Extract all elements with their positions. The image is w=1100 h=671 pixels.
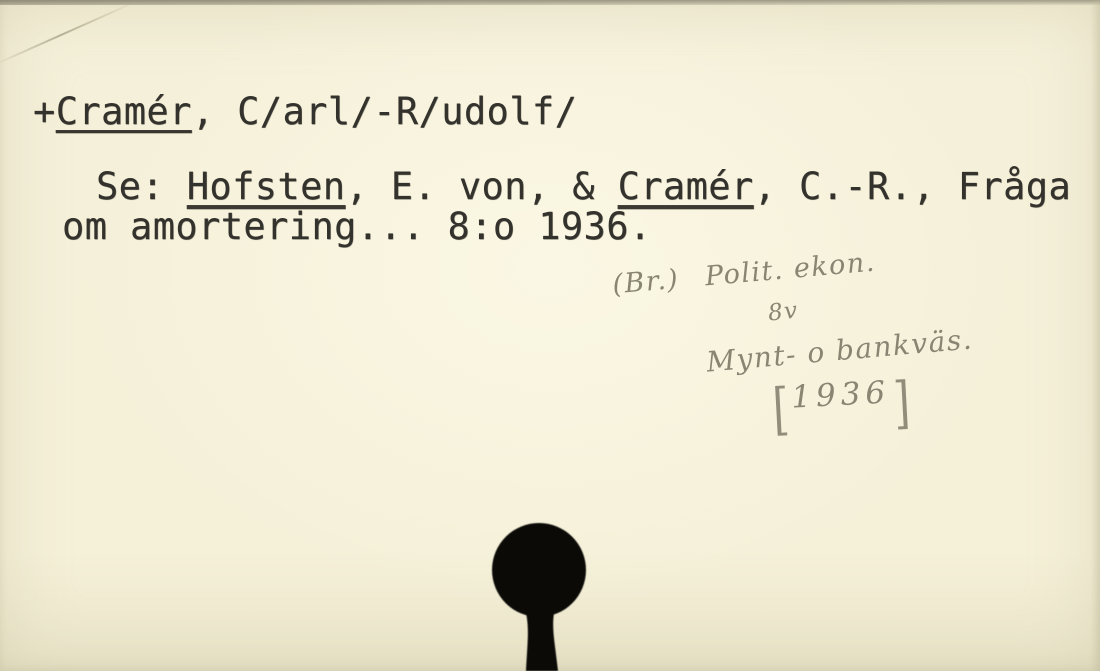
reference-mid: , E. von, & [345, 165, 617, 208]
reference-name-2: Cramér [618, 165, 754, 208]
heading-rest: , C/arl/-R/udolf/ [192, 90, 578, 133]
punch-hole [478, 513, 608, 671]
heading-line: +Cramér, C/arl/-R/udolf/ [33, 90, 577, 134]
card-top-edge [0, 0, 1100, 5]
catalog-card: +Cramér, C/arl/-R/udolf/ Se: Hofsten, E.… [0, 0, 1100, 671]
format-abbreviation: (Br.) [611, 264, 680, 301]
bracket-open: [ [771, 377, 791, 443]
heading-prefix: + [33, 90, 56, 133]
see-label: Se: [96, 165, 187, 208]
pencil-subject-heading-2: Mynt- o bankväs. [705, 322, 974, 378]
pencil-format-note: (Br.)Polit. ekon. [611, 247, 877, 301]
card-right-edge [1090, 0, 1100, 671]
reference-rest: , C.-R., Fråga [754, 165, 1071, 208]
reference-name-1: Hofsten [187, 165, 346, 208]
pencil-size-mark: 8v [767, 297, 800, 326]
corner-crease [0, 4, 130, 67]
heading-name: Cramér [56, 90, 192, 133]
subject-heading-1: Polit. ekon. [704, 247, 877, 293]
title-continuation-line: om amortering... 8:o 1936. [62, 205, 652, 249]
pencil-year-note: [1936] [768, 370, 914, 442]
year-value: 1936 [790, 374, 891, 415]
spacer [680, 285, 706, 287]
see-reference-line: Se: Hofsten, E. von, & Cramér, C.-R., Fr… [96, 165, 1071, 209]
bracket-close: ] [892, 370, 912, 436]
